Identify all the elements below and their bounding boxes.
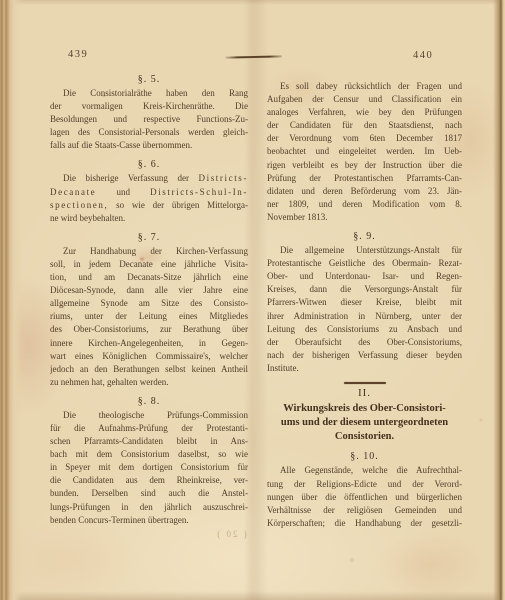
left-page-text-column: §. 5.Die Consistorialräthe haben den Ran… [50,67,248,539]
text-line: der vormaligen Kreis-Kirchenräthe. Die [50,100,248,113]
text-line: wart eines Königlichen Commissaire's, we… [50,350,248,363]
text-line: Prüfung der Protestantischen Pfarramts-C… [267,172,462,185]
text-line: Die theologische Prüfungs-Commission [50,409,248,422]
text-segment: spectionen, [50,200,108,210]
text-line: lungs-Prüfungen in den jährlich auszusch… [50,501,248,514]
text-line: Die allgemeine Unterstützungs-Anstalt fü… [267,244,462,257]
section-heading: §. 10. [267,450,462,463]
text-line: innere Kirchen-Angelegenheiten, in Gegen… [50,337,248,350]
section-heading: §. 6. [50,158,248,171]
text-segment: und [96,187,150,197]
text-line: tung der Religions-Edicte und der Verord… [267,478,462,491]
chapter-title-line: Wirkungskreis des Ober-Consistori- [267,402,462,416]
text-segment: Decanate [50,187,96,197]
text-line: der Oberaufsicht des Ober-Consistoriums, [267,336,462,349]
text-line: allgemeine Synode am Sitze des Consisto- [50,297,248,310]
bleedthrough-mark: ( 20 ) [210,529,248,539]
section-heading: §. 5. [50,73,248,86]
text-line: lagen des Consistorial-Personals werden … [50,126,248,139]
text-line: beobachtet und eingeleitet werden. Im Ue… [267,145,462,158]
text-line: falls auf die Staats-Casse übernommen. [50,139,248,152]
text-line: Alle Gegenstände, welche die Aufrechthal… [267,464,462,477]
text-line: Es soll dabey rücksichtlich der Fragen u… [267,80,462,93]
text-line: Institute. [267,362,462,375]
text-line: schen Pfarramts-Candidaten bleibt in Ans… [50,435,248,448]
text-line: Die Consistorialräthe haben den Rang [50,87,248,100]
text-line: ne wird beybehalten. [50,212,248,225]
section-heading: §. 9. [267,230,462,243]
text-line: tion, und am Decanats-Sitze jährlich ein… [50,271,248,284]
text-line: Körperschaften; die Handhabung der geset… [267,517,462,530]
text-line: ihrer Administration in Nürnberg, unter … [267,310,462,323]
text-line: der Candidaten für den Staatsdienst, nac… [267,119,462,132]
text-line: Verhältnisse der religiösen Gemeinden un… [267,504,462,517]
text-segment: Die bisherige Verfassung der [63,173,199,183]
text-line: Protestantische Geistliche des Obermain-… [267,257,462,270]
text-segment: Districts-Schul-In- [150,187,248,197]
text-segment: Districts- [199,173,249,183]
text-line: des Ober-Consistoriums, zur Berathung üb… [50,323,248,336]
text-line: bunden. Derselben sind auch die Anstel- [50,487,248,500]
text-line: bach mit dem Consistorium daselbst, so w… [50,448,248,461]
text-line: rigen verbleibt es bey der Instruction ü… [267,159,462,172]
text-line: analoges Verfahren, wie bey den Prüfunge… [267,106,462,119]
text-line: nungen über die öffentlichen und bürgerl… [267,491,462,504]
text-line: für die Aufnahms-Prüfung der Protestanti… [50,422,248,435]
text-line: didaten und deren Beförderung vom 23. Jä… [267,185,462,198]
chapter-title-line: ums und der diesem untergeordneten [267,416,462,430]
text-line: spectionen, so wie der übrigen Mittelorg… [50,199,248,212]
text-line: die Candidaten aus dem Rheinkreise, ver- [50,474,248,487]
text-line: Leitung des Consistoriums zu Ansbach und [267,323,462,336]
text-line: Pfarrers-Witwen dieser Kreise, bleibt mi… [267,296,462,309]
page-number-left: 439 [68,49,88,60]
section-divider-rule [344,382,386,385]
text-line: jedoch an den Berathungen selbst keinen … [50,363,248,376]
chapter-number: II. [267,387,462,400]
text-line: Besoldungen und respective Functions-Zu- [50,113,248,126]
text-line: in Speyer mit dem dortigen Consistorium … [50,461,248,474]
text-line: November 1813. [267,211,462,224]
chapter-title-line: Consistorien. [267,430,462,444]
text-line: ner 1809, und deren Modification vom 8. [267,198,462,211]
page-number-right: 440 [413,50,433,61]
text-line: Ober- und Unterdonau- Isar- und Regen- [267,270,462,283]
text-line: zu nehmen hat, gehalten werden. [50,376,248,389]
text-line: Decanate und Districts-Schul-In- [50,186,248,199]
text-line: Diöcesan-Synode, dann alle vier Jahre ei… [50,284,248,297]
text-line: Aufgaben der Censur und Classification e… [267,93,462,106]
text-line: riums, unter der Leitung eines Mitgliede… [50,310,248,323]
text-line: Die bisherige Verfassung der Districts- [50,172,248,185]
text-line: Zur Handhabung der Kirchen-Verfassung [50,245,248,258]
section-heading: §. 7. [50,231,248,244]
text-line: benden Concurs-Terminen übertragen. [50,514,248,527]
text-line: Kreises, dann die Versorgungs-Anstalt fü… [267,283,462,296]
section-heading: §. 8. [50,395,248,408]
text-line: der Verordnung vom 6ten December 1817 [267,132,462,145]
text-line: nach der bisherigen Verfassung dieser be… [267,349,462,362]
text-segment: so wie der übrigen Mittelorga- [108,200,248,210]
text-line: soll, in jedem Decanate eine jährliche V… [50,258,248,271]
right-page-text-column: Es soll dabey rücksichtlich der Fragen u… [267,80,462,530]
